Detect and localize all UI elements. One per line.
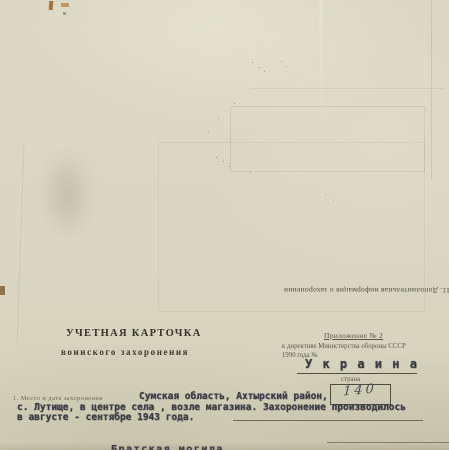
country-label: страна [341, 376, 360, 383]
rust-stain-2 [61, 3, 69, 7]
paper-smudge [40, 150, 95, 240]
country-underline [297, 373, 417, 374]
burial-entry-line-1: Сумская область, Ахтырский район, [139, 391, 328, 402]
bottom-clipped-text: Братская могила [111, 444, 224, 450]
rust-stain-1 [49, 1, 54, 10]
burial-entry-label: 1. Место и дата захоронения [13, 395, 103, 402]
annex-line-1: Приложение № 2 [324, 331, 383, 340]
card-title: УЧЕТНАЯ КАРТОЧКА [66, 328, 202, 339]
reverse-side-note: 11. Дополнительная информация о захороне… [238, 282, 449, 295]
card-number-value: 140 [343, 381, 377, 399]
rust-stain-left-edge [0, 286, 5, 295]
showthrough-line [250, 88, 445, 89]
burial-entry-line-3: в августе - сентябре 1943 года. [17, 412, 194, 423]
signature-line-2 [327, 442, 449, 443]
scanned-burial-card: 11. Дополнительная информация о захороне… [0, 0, 449, 450]
crease-line-vertical-2 [431, 0, 432, 180]
country-value: У к р а и н а [305, 357, 418, 371]
annex-line-2: к директиве Министерства обороны СССР [282, 343, 406, 350]
ink-speck-cluster [0, 0, 1, 1]
bottom-edge-shadow [0, 442, 449, 450]
signature-line-1 [233, 420, 423, 421]
crease-line-left [17, 145, 25, 345]
rust-stain-3 [63, 12, 66, 15]
card-subtitle: воинского захоронения [61, 347, 189, 357]
